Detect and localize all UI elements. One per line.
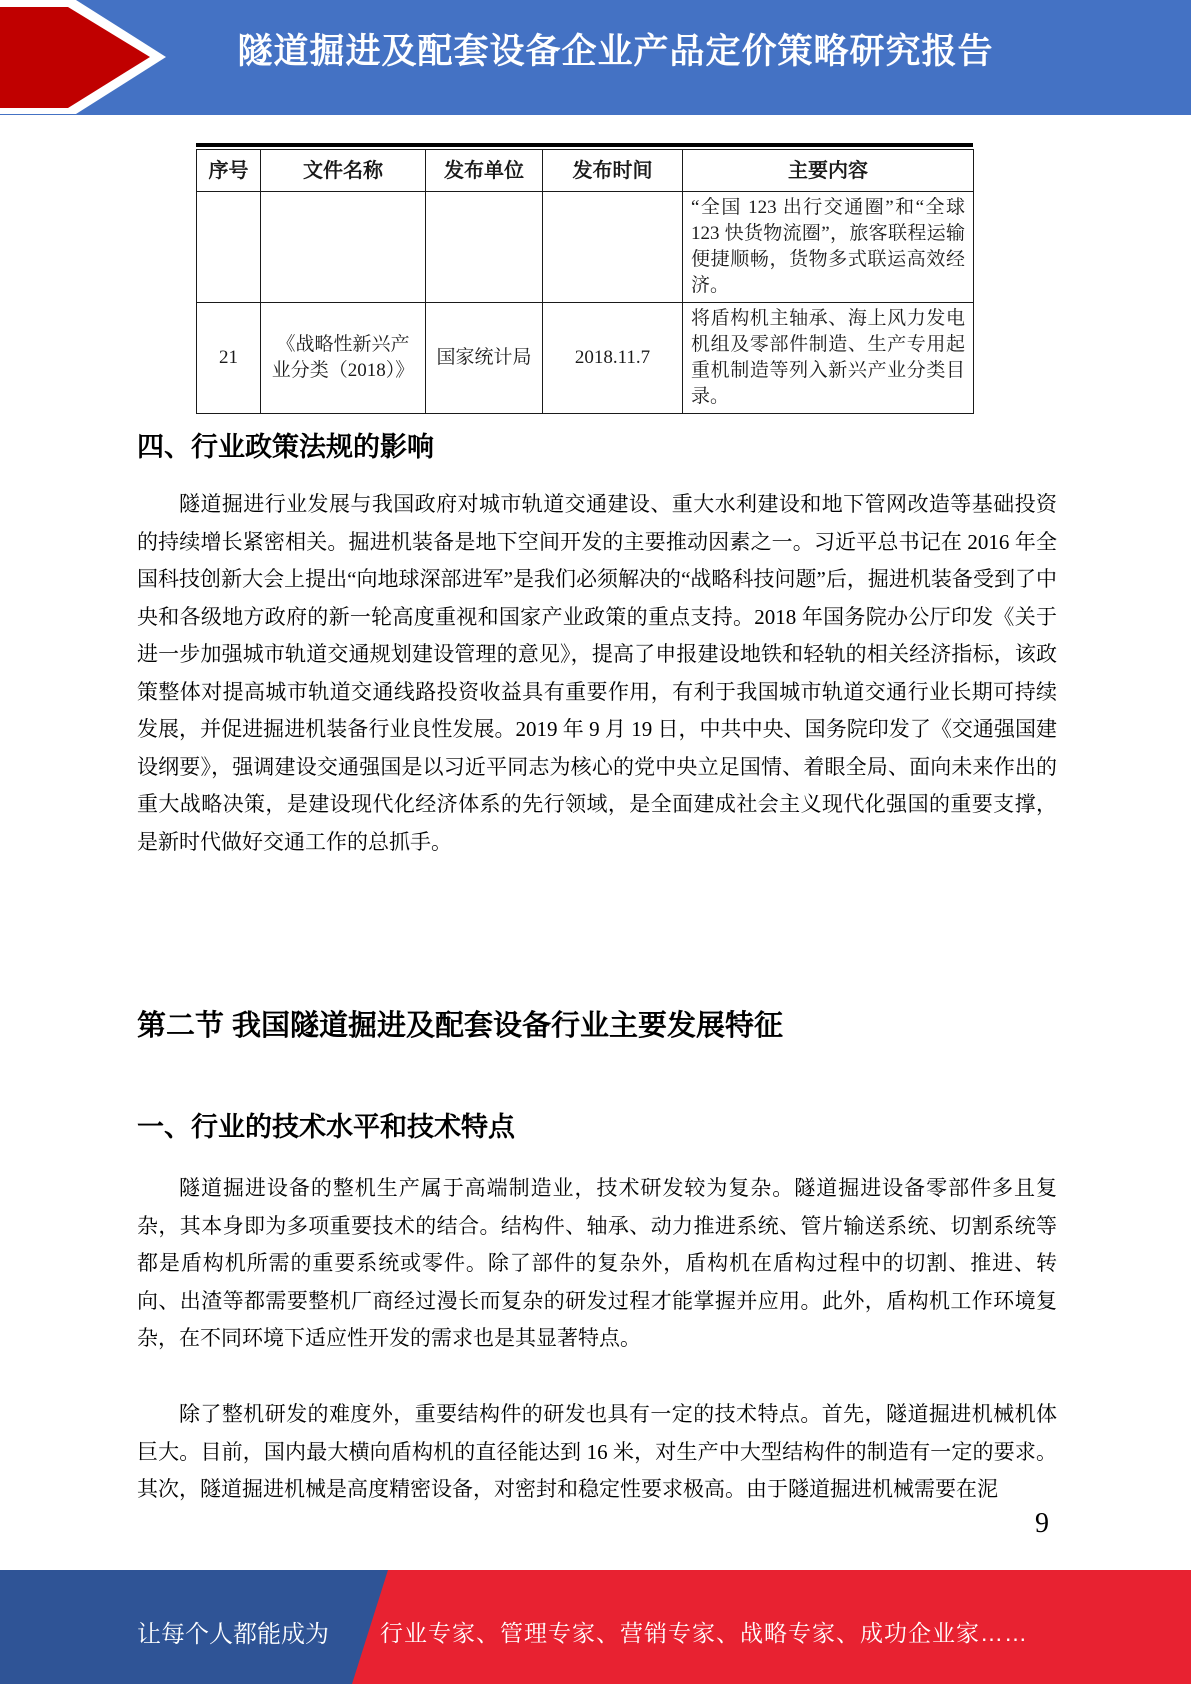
- cell-date: 2018.11.7: [543, 303, 683, 414]
- policy-table: 序号 文件名称 发布单位 发布时间 主要内容 “全国 123 出行交通圈”和“全…: [196, 143, 973, 414]
- col-header-org: 发布单位: [426, 150, 543, 192]
- col-header-name: 文件名称: [261, 150, 426, 192]
- table-row: “全国 123 出行交通圈”和“全球 123 快货物流圈”，旅客联程运输便捷顺畅…: [197, 192, 974, 303]
- footer-slogan-left: 让每个人都能成为: [137, 1614, 329, 1649]
- cell-no: [197, 192, 261, 303]
- tech-paragraph-2: 除了整机研发的难度外，重要结构件的研发也具有一定的技术特点。首先，隧道掘进机械机…: [137, 1396, 1057, 1509]
- cell-date: [543, 192, 683, 303]
- report-title: 隧道掘进及配套设备企业产品定价策略研究报告: [0, 24, 1191, 74]
- footer-slogan-right: 行业专家、管理专家、营销专家、战略专家、成功企业家……: [380, 1615, 1028, 1648]
- col-header-date: 发布时间: [543, 150, 683, 192]
- cell-org: [426, 192, 543, 303]
- chapter2-heading: 第二节 我国隧道掘进及配套设备行业主要发展特征: [137, 1003, 783, 1044]
- table-row: 21 《战略性新兴产业分类（2018）》 国家统计局 2018.11.7 将盾构…: [197, 303, 974, 414]
- policy-paragraph: 隧道掘进行业发展与我国政府对城市轨道交通建设、重大水利建设和地下管网改造等基础投…: [137, 486, 1057, 861]
- page-number: 9: [1022, 1508, 1062, 1540]
- section4-heading: 四、行业政策法规的影响: [137, 425, 434, 464]
- cell-content: 将盾构机主轴承、海上风力发电机组及零部件制造、生产专用起重机制造等列入新兴产业分…: [683, 303, 974, 414]
- header-band: 隧道掘进及配套设备企业产品定价策略研究报告: [0, 0, 1191, 115]
- subsection1-heading: 一、行业的技术水平和技术特点: [137, 1105, 515, 1144]
- footer-band: 让每个人都能成为 行业专家、管理专家、营销专家、战略专家、成功企业家……: [0, 1570, 1191, 1684]
- cell-org: 国家统计局: [426, 303, 543, 414]
- col-header-content: 主要内容: [683, 150, 974, 192]
- cell-name: [261, 192, 426, 303]
- cell-content: “全国 123 出行交通圈”和“全球 123 快货物流圈”，旅客联程运输便捷顺畅…: [683, 192, 974, 303]
- report-page: 隧道掘进及配套设备企业产品定价策略研究报告 序号 文件名称 发布单位 发布时间 …: [0, 0, 1191, 1684]
- col-header-no: 序号: [197, 150, 261, 192]
- tech-paragraph-1: 隧道掘进设备的整机生产属于高端制造业，技术研发较为复杂。隧道掘进设备零部件多且复…: [137, 1170, 1057, 1358]
- cell-no: 21: [197, 303, 261, 414]
- cell-name: 《战略性新兴产业分类（2018）》: [261, 303, 426, 414]
- table-header-row: 序号 文件名称 发布单位 发布时间 主要内容: [197, 150, 974, 192]
